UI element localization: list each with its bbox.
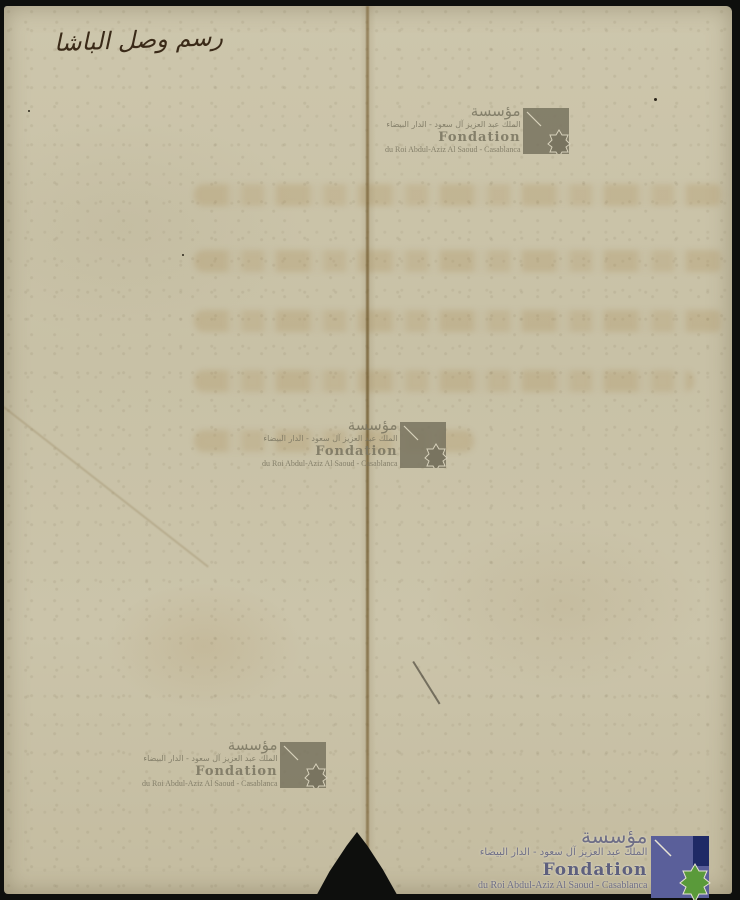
watermark-arabic-subtitle: الملك عبد العزيز آل سعود - الدار البيضاء (386, 119, 520, 130)
watermark-center: مؤسسة الملك عبد العزيز آل سعود - الدار ا… (262, 418, 448, 469)
foundation-logo-icon (649, 826, 713, 900)
watermark-lower-left: مؤسسة الملك عبد العزيز آل سعود - الدار ا… (142, 738, 328, 789)
foundation-logo-icon (280, 738, 328, 788)
watermark-french-subtitle: du Roi Abdul-Aziz Al Saoud - Casablanca (385, 145, 521, 155)
watermark-arabic-subtitle: الملك عبد العزيز آل سعود - الدار البيضاء (143, 753, 277, 764)
watermark-fondation: Fondation (543, 860, 648, 880)
handwritten-note: رسم وصل الباشا (54, 23, 224, 57)
bleed-through-line (194, 370, 694, 392)
bleed-through-line (194, 250, 724, 272)
watermark-arabic-title: مؤسسة (581, 826, 647, 846)
ink-speck (654, 98, 657, 101)
watermark-arabic-subtitle: الملك عبد العزيز آل سعود - الدار البيضاء (263, 433, 397, 444)
watermark-french-subtitle: du Roi Abdul-Aziz Al Saoud - Casablanca (142, 779, 278, 789)
bleed-through-line (194, 310, 724, 332)
watermark-french-subtitle: du Roi Abdul-Aziz Al Saoud - Casablanca (478, 880, 647, 892)
watermark-arabic-title: مؤسسة (471, 104, 521, 119)
ink-speck (182, 254, 184, 256)
watermark-bottom-right: مؤسسة الملك عبد العزيز آل سعود - الدار ا… (478, 826, 713, 900)
ink-speck (28, 110, 30, 112)
watermark-arabic-title: مؤسسة (348, 418, 398, 433)
watermark-arabic-title: مؤسسة (228, 738, 278, 753)
watermark-fondation: Fondation (315, 444, 397, 459)
watermark-french-subtitle: du Roi Abdul-Aziz Al Saoud - Casablanca (262, 459, 398, 469)
bleed-through-line (194, 184, 724, 206)
watermark-arabic-subtitle: الملك عبد العزيز آل سعود - الدار البيضاء (480, 846, 648, 860)
foundation-logo-icon (523, 104, 571, 154)
watermark-fondation: Fondation (438, 130, 520, 145)
foundation-logo-icon (400, 418, 448, 468)
watermark-top-right: مؤسسة الملك عبد العزيز آل سعود - الدار ا… (385, 104, 571, 155)
document-viewer: رسم وصل الباشا مؤسسة الملك عبد العزيز آل… (0, 0, 740, 900)
watermark-fondation: Fondation (195, 764, 277, 779)
